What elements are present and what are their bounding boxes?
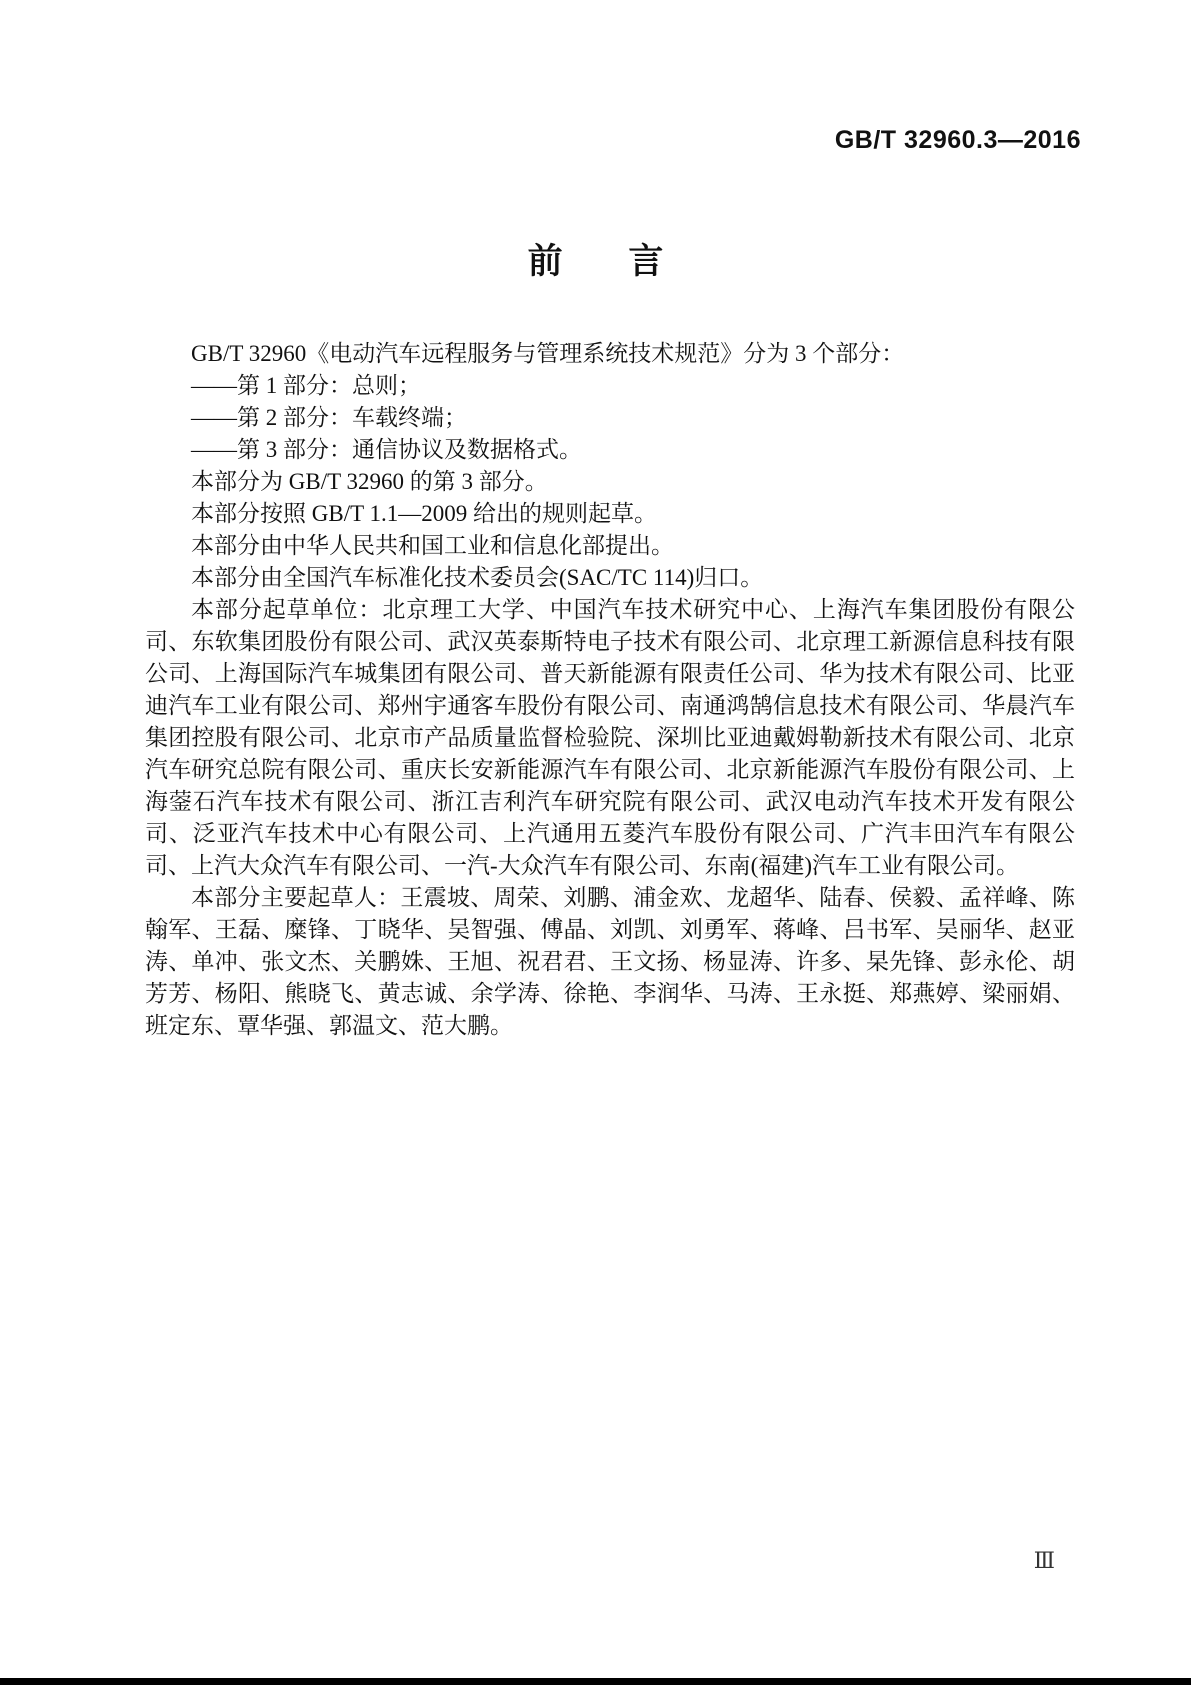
drafters-paragraph: 本部分主要起草人：王震坡、周荣、刘鹏、浦金欢、龙超华、陆春、侯毅、孟祥峰、陈翰军… (145, 882, 1075, 1042)
part-list-item-3: ——第 3 部分：通信协议及数据格式。 (145, 434, 1075, 466)
foreword-body: GB/T 32960《电动汽车远程服务与管理系统技术规范》分为 3 个部分： —… (145, 338, 1075, 1042)
document-page: GB/T 32960.3—2016 前 言 GB/T 32960《电动汽车远程服… (0, 0, 1191, 1685)
page-title: 前 言 (0, 234, 1191, 284)
scan-edge-line (0, 1678, 1191, 1685)
part-list-item-1: ——第 1 部分：总则； (145, 370, 1075, 402)
statement-under-jurisdiction: 本部分由全国汽车标准化技术委员会(SAC/TC 114)归口。 (145, 562, 1075, 594)
statement-drafting-rules: 本部分按照 GB/T 1.1—2009 给出的规则起草。 (145, 498, 1075, 530)
page-number: Ⅲ (1034, 1548, 1055, 1574)
statement-this-part: 本部分为 GB/T 32960 的第 3 部分。 (145, 466, 1075, 498)
standard-number: GB/T 32960.3—2016 (835, 126, 1081, 155)
drafting-units-paragraph: 本部分起草单位：北京理工大学、中国汽车技术研究中心、上海汽车集团股份有限公司、东… (145, 594, 1075, 882)
intro-paragraph: GB/T 32960《电动汽车远程服务与管理系统技术规范》分为 3 个部分： (145, 338, 1075, 370)
part-list-item-2: ——第 2 部分：车载终端； (145, 402, 1075, 434)
statement-proposed-by: 本部分由中华人民共和国工业和信息化部提出。 (145, 530, 1075, 562)
